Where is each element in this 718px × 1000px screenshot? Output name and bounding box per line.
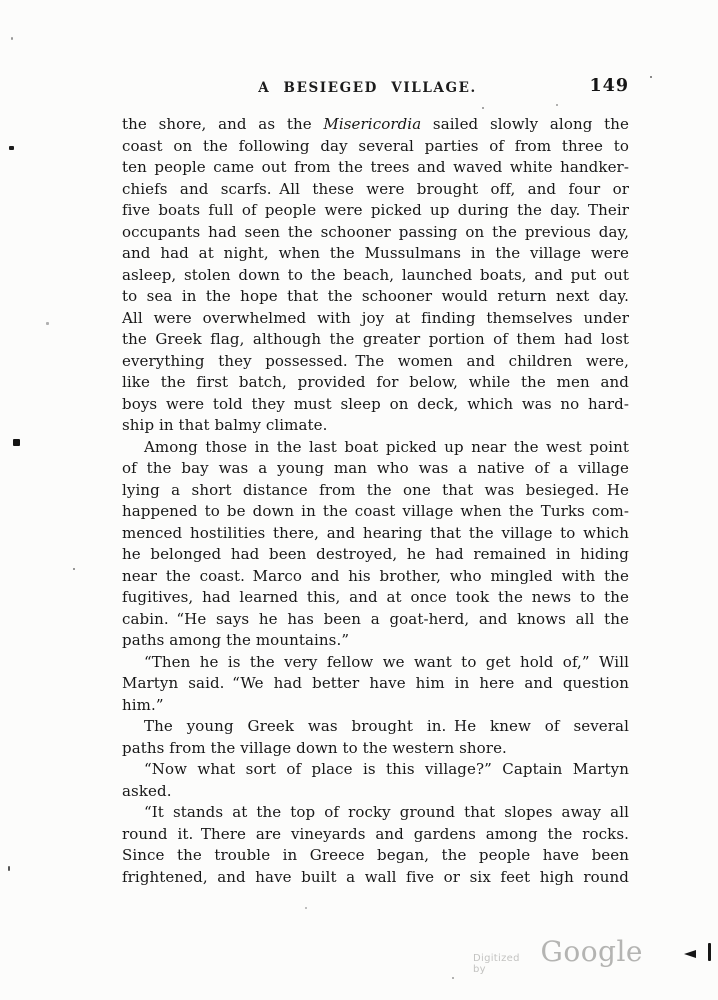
text-line: the Greek flag, although the greater por… xyxy=(122,329,629,351)
text-line: paths from the village down to the weste… xyxy=(122,738,629,760)
text-line: him.” xyxy=(122,695,629,717)
text-line: like the first batch, provided for below… xyxy=(122,372,629,394)
book-page: A BESIEGED VILLAGE. 149 the shore, and a… xyxy=(0,0,718,1000)
text-segment: the shore, and as the xyxy=(122,115,323,133)
running-title: A BESIEGED VILLAGE. xyxy=(114,80,621,96)
text-line: menced hostilities there, and hearing th… xyxy=(122,523,629,545)
text-segment: sailed slowly along the xyxy=(421,115,629,133)
text-line: coast on the following day several parti… xyxy=(122,136,629,158)
text-line: everything they possessed. The women and… xyxy=(122,351,629,373)
scan-speck xyxy=(650,76,652,78)
text-line: round it. There are vineyards and garden… xyxy=(122,824,629,846)
text-line: asleep, stolen down to the beach, launch… xyxy=(122,265,629,287)
text-line: The young Greek was brought in. He knew … xyxy=(122,716,629,738)
text-line: ten people came out from the trees and w… xyxy=(122,157,629,179)
text-line: and had at night, when the Mussulmans in… xyxy=(122,243,629,265)
google-watermark: Google xyxy=(540,938,643,966)
scan-speck xyxy=(9,146,14,150)
text-line: Martyn said. “We had better have him in … xyxy=(122,673,629,695)
scan-speck xyxy=(452,977,454,979)
page-number: 149 xyxy=(589,76,629,96)
text-line: Among those in the last boat picked up n… xyxy=(122,437,629,459)
italic-ship-name: Misericordia xyxy=(323,115,421,133)
text-line: near the coast. Marco and his brother, w… xyxy=(122,566,629,588)
text-line: “Now what sort of place is this village?… xyxy=(122,759,629,781)
text-line: chiefs and scarfs. All these were brough… xyxy=(122,179,629,201)
page-header: A BESIEGED VILLAGE. 149 xyxy=(122,80,629,100)
scan-speck xyxy=(8,866,10,871)
scan-speck xyxy=(11,37,13,40)
text-line: occupants had seen the schooner passing … xyxy=(122,222,629,244)
scan-speck xyxy=(305,907,307,909)
scan-speck xyxy=(46,322,49,325)
digitized-by-label: Digitized by xyxy=(473,953,533,975)
text-line: of the bay was a young man who was a nat… xyxy=(122,458,629,480)
scan-speck xyxy=(73,568,75,570)
text-line: fugitives, had learned this, and at once… xyxy=(122,587,629,609)
text-line: “Then he is the very fellow we want to g… xyxy=(122,652,629,674)
scan-edge-artifact xyxy=(708,943,711,961)
text-line: All were overwhelmed with joy at finding… xyxy=(122,308,629,330)
text-line: ship in that balmy climate. xyxy=(122,415,629,437)
scan-speck xyxy=(545,577,547,579)
scan-speck xyxy=(556,104,558,106)
text-line: cabin. “He says he has been a goat-herd,… xyxy=(122,609,629,631)
page-body: the shore, and as the Misericordia saile… xyxy=(122,114,629,888)
footer: Digitized by Google xyxy=(473,938,643,975)
text-line: he belonged had been destroyed, he had r… xyxy=(122,544,629,566)
text-line: Since the trouble in Greece began, the p… xyxy=(122,845,629,867)
text-line: boys were told they must sleep on deck, … xyxy=(122,394,629,416)
text-line: lying a short distance from the one that… xyxy=(122,480,629,502)
text-line: paths among the mountains.” xyxy=(122,630,629,652)
text-line: happened to be down in the coast village… xyxy=(122,501,629,523)
scan-triangle-artifact xyxy=(684,950,696,958)
text-line: the shore, and as the Misericordia saile… xyxy=(122,114,629,136)
text-line: to sea in the hope that the schooner wou… xyxy=(122,286,629,308)
text-line: asked. xyxy=(122,781,629,803)
scan-speck xyxy=(482,107,484,109)
scan-speck xyxy=(13,439,20,446)
text-line: frightened, and have built a wall five o… xyxy=(122,867,629,889)
text-line: “It stands at the top of rocky ground th… xyxy=(122,802,629,824)
text-line: five boats full of people were picked up… xyxy=(122,200,629,222)
